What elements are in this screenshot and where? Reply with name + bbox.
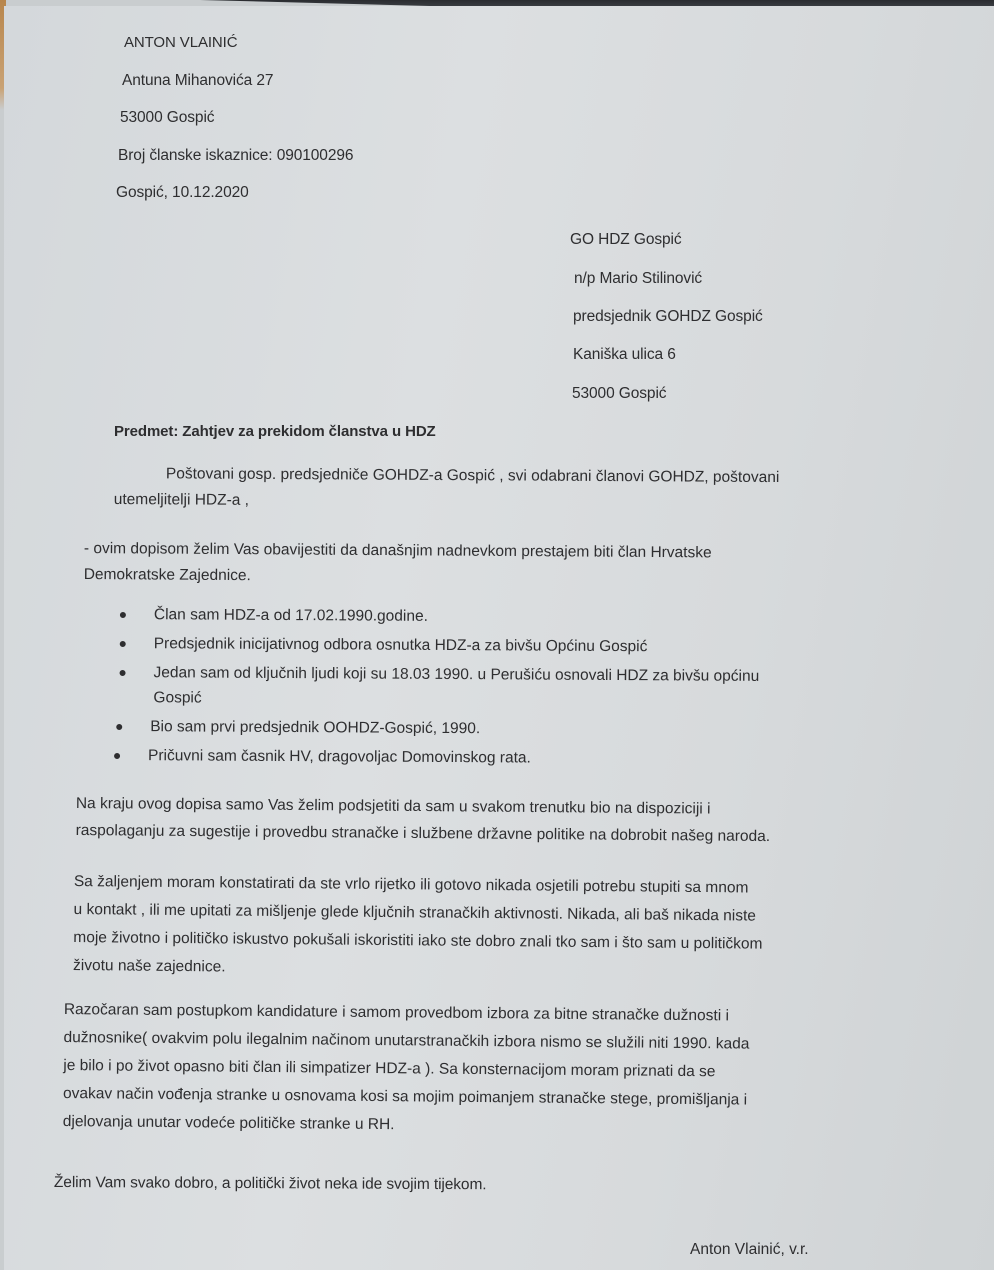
subject-line: Predmet: Zahtjev za prekidom članstva u … <box>114 423 436 440</box>
salutation: Poštovani gosp. predsjedniče GOHDZ-a Gos… <box>114 461 780 517</box>
salutation-line-1: Poštovani gosp. predsjedniče GOHDZ-a Gos… <box>114 461 780 491</box>
bullet-item: Član sam HDZ-a od 17.02.1990.godine. <box>120 602 760 631</box>
closing-line: Želim Vam svako dobro, a politički život… <box>54 1174 487 1194</box>
sender-street: Antuna Mihanovića 27 <box>122 72 273 90</box>
letter-page: ANTON VLAINIĆ Antuna Mihanovića 27 53000… <box>4 6 994 1270</box>
intro-line-2: Demokratske Zajednice. <box>84 562 712 592</box>
salutation-line-2: utemeljitelji HDZ-a , <box>114 487 780 517</box>
recipient-line-5: 53000 Gospić <box>572 385 666 403</box>
bullet-item: Bio sam prvi predsjednik OOHDZ-Gospić, 1… <box>116 714 759 743</box>
recipient-line-4: Kaniška ulica 6 <box>573 346 676 364</box>
recipient-line-2: n/p Mario Stilinović <box>574 270 702 288</box>
paragraph-availability: Na kraju ovog dopisa samo Vas želim pods… <box>76 790 771 850</box>
bullet-dot-icon <box>120 612 126 618</box>
sender-name: ANTON VLAINIĆ <box>124 34 237 51</box>
sender-city: 53000 Gospić <box>120 109 214 127</box>
bullet-list: Član sam HDZ-a od 17.02.1990.godine. Pre… <box>119 602 760 776</box>
sender-membership-card: Broj članske iskaznice: 090100296 <box>118 147 353 165</box>
bullet-dot-icon <box>114 753 120 759</box>
bullet-item: Jedan sam od ključnih ljudi koji su 18.0… <box>119 660 759 714</box>
recipient-line-3: predsjednik GOHDZ Gospić <box>573 308 763 326</box>
signature: Anton Vlainić, v.r. <box>690 1241 809 1259</box>
bullet-dot-icon <box>120 670 126 676</box>
bullet-dot-icon <box>116 724 122 730</box>
paragraph-disappointment: Razočaran sam postupkom kandidature i sa… <box>63 996 750 1143</box>
paragraph-regret: Sa žaljenjem moram konstatirati da ste v… <box>73 868 763 987</box>
bullet-dot-icon <box>120 641 126 647</box>
bullet-item: Pričuvni sam časnik HV, dragovoljac Domo… <box>114 743 759 772</box>
bullet-item: Predsjednik inicijativnog odbora osnutka… <box>120 631 760 660</box>
sender-place-date: Gospić, 10.12.2020 <box>116 184 249 202</box>
recipient-line-1: GO HDZ Gospić <box>570 231 682 249</box>
intro-paragraph: - ovim dopisom želim Vas obavijestiti da… <box>84 536 712 592</box>
